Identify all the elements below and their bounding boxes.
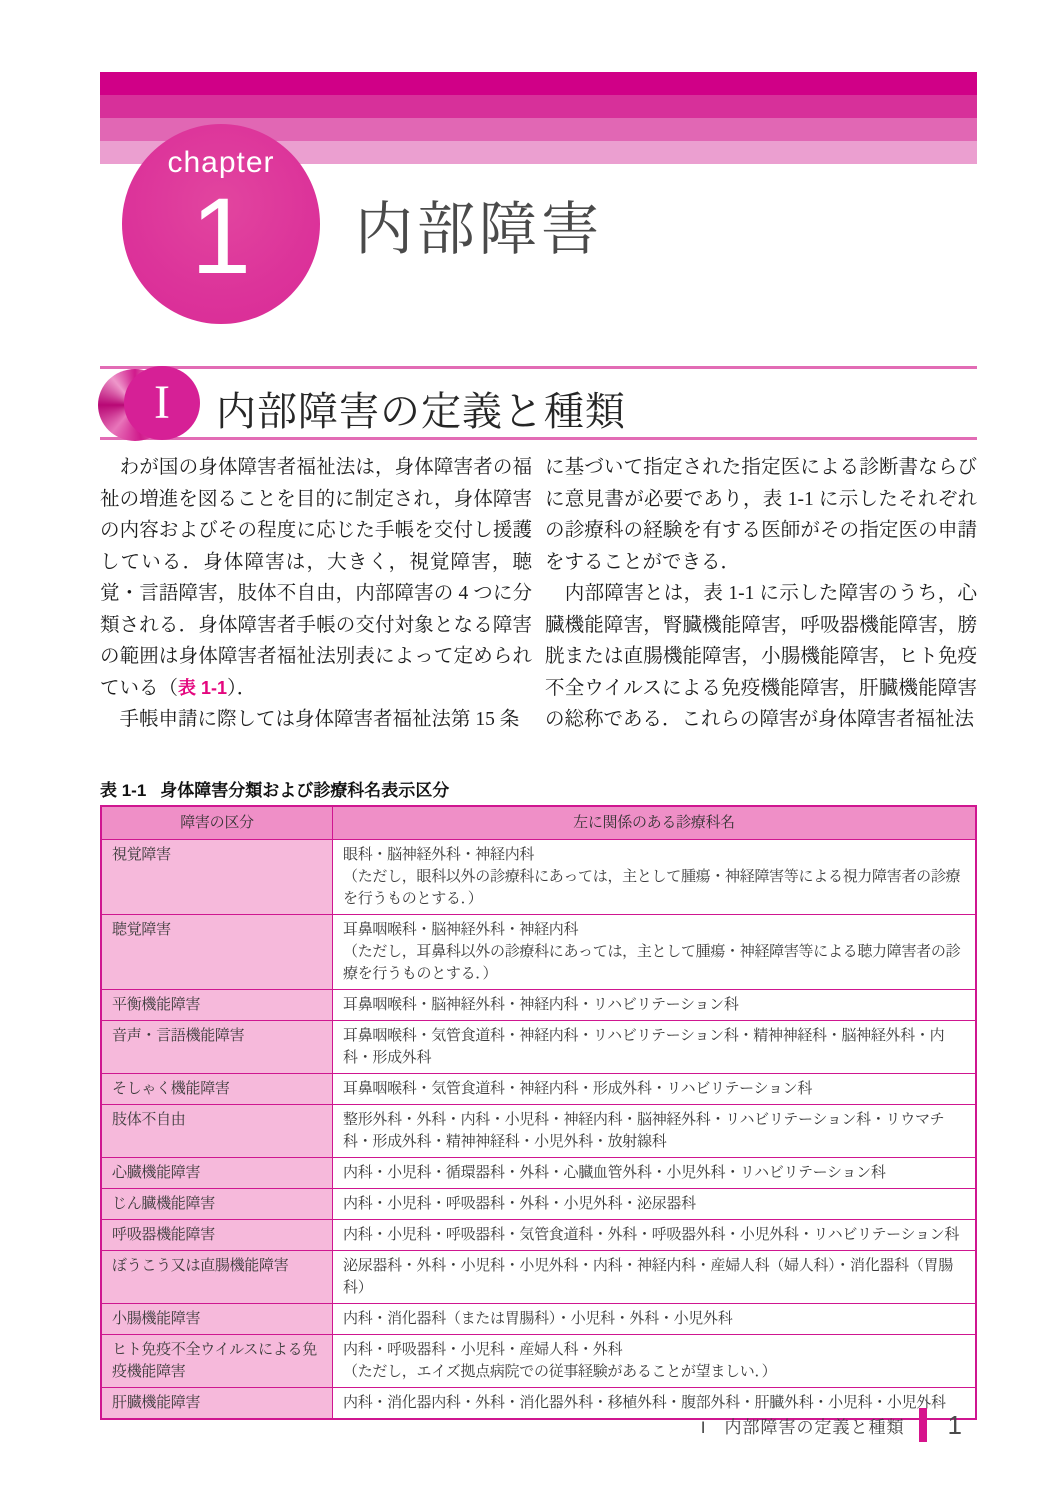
paragraph-3: 内部障害とは，表 1-1 に示した障害のうち，心臓機能障害，腎臓機能障害，呼吸器… [545,578,977,736]
category-cell: そしゃく機能障害 [101,1074,333,1105]
chapter-title: 内部障害 [355,182,603,266]
departments-note: （ただし，眼科以外の診療科にあっては，主として腫瘍・神経障害等による視力障害者の… [343,866,965,910]
departments-text: 耳鼻咽喉科・脳神経外科・神経内科・リハビリテーション科 [343,994,965,1016]
departments-text: 眼科・脳神経外科・神経内科 [343,844,965,866]
paragraph-2-continued: に基づいて指定された指定医による診断書ならびに意見書が必要であり，表 1-1 に… [545,452,977,578]
section-rule-bottom [100,437,977,440]
textbook-page: chapter 1 内部障害 I 内部障害の定義と種類 わが国の身体障害者福祉法… [0,0,1063,1500]
disability-classification-table: 障害の区分 左に関係のある診療科名 視覚障害 眼科・脳神経外科・神経内科（ただし… [100,805,977,1420]
departments-cell: 耳鼻咽喉科・脳神経外科・神経内科（ただし，耳鼻科以外の診療科にあっては，主として… [333,915,977,990]
table-row: 小腸機能障害 内科・消化器科（または胃腸科）・小児科・外科・小児外科 [101,1304,976,1335]
body-text: わが国の身体障害者福祉法は，身体障害者の福祉の増進を図ることを目的に制定され，身… [100,452,977,736]
table-row: 音声・言語機能障害 耳鼻咽喉科・気管食道科・神経内科・リハビリテーション科・精神… [101,1021,976,1074]
footer-accent-bar [919,1408,927,1442]
category-cell: 聴覚障害 [101,915,333,990]
table-row: 平衡機能障害 耳鼻咽喉科・脳神経外科・神経内科・リハビリテーション科 [101,990,976,1021]
section-rule-top [100,366,977,369]
chapter-number: 1 [122,182,320,290]
departments-cell: 整形外科・外科・内科・小児科・神経内科・脳神経外科・リハビリテーション科・リウマ… [333,1105,977,1158]
category-cell: ぼうこう又は直腸機能障害 [101,1251,333,1304]
column-header-category: 障害の区分 [101,806,333,840]
category-cell: 視覚障害 [101,840,333,915]
page-number: 1 [948,1410,962,1441]
table-row: 聴覚障害 耳鼻咽喉科・脳神経外科・神経内科（ただし，耳鼻科以外の診療科にあっては… [101,915,976,990]
departments-cell: 耳鼻咽喉科・脳神経外科・神経内科・リハビリテーション科 [333,990,977,1021]
section-heading: I 内部障害の定義と種類 [100,366,977,440]
paragraph-1-text: わが国の身体障害者福祉法は，身体障害者の福祉の増進を図ることを目的に制定され，身… [100,457,532,699]
table-row: そしゃく機能障害 耳鼻咽喉科・気管食道科・神経内科・形成外科・リハビリテーション… [101,1074,976,1105]
departments-text: 耳鼻咽喉科・脳神経外科・神経内科 [343,919,965,941]
departments-cell: 内科・消化器科（または胃腸科）・小児科・外科・小児外科 [333,1304,977,1335]
departments-text: 耳鼻咽喉科・気管食道科・神経内科・形成外科・リハビリテーション科 [343,1078,965,1100]
table-row: 呼吸器機能障害 内科・小児科・呼吸器科・気管食道科・外科・呼吸器外科・小児外科・… [101,1220,976,1251]
departments-text: 内科・小児科・呼吸器科・気管食道科・外科・呼吸器外科・小児外科・リハビリテーショ… [343,1224,965,1246]
table-1-1-reference: 表 1-1 [178,678,227,698]
departments-note: （ただし，エイズ拠点病院での従事経験があることが望ましい．） [343,1361,965,1383]
footer-section-reference: I 内部障害の定義と種類 [701,1413,905,1438]
table-header-row: 障害の区分 左に関係のある診療科名 [101,806,976,840]
category-cell: じん臓機能障害 [101,1189,333,1220]
table-caption-title: 身体障害分類および診療科名表示区分 [160,781,449,800]
category-cell: 平衡機能障害 [101,990,333,1021]
table-row: 肢体不自由 整形外科・外科・内科・小児科・神経内科・脳神経外科・リハビリテーショ… [101,1105,976,1158]
table-caption: 表 1-1身体障害分類および診療科名表示区分 [100,776,449,801]
departments-text: 内科・呼吸器科・小児科・産婦人科・外科 [343,1339,965,1361]
departments-text: 内科・消化器科（または胃腸科）・小児科・外科・小児外科 [343,1308,965,1330]
departments-note: （ただし，耳鼻科以外の診療科にあっては，主として腫瘍・神経障害等による聴力障害者… [343,941,965,985]
category-cell: 呼吸器機能障害 [101,1220,333,1251]
section-numeral-icon: I [124,366,200,440]
paragraph-2: 手帳申請に際しては身体障害者福祉法第 15 条 [100,704,532,736]
departments-text: 内科・小児科・循環器科・外科・心臓血管外科・小児外科・リハビリテーション科 [343,1162,965,1184]
paragraph-1: わが国の身体障害者福祉法は，身体障害者の福祉の増進を図ることを目的に制定され，身… [100,452,532,704]
category-cell: 心臓機能障害 [101,1158,333,1189]
category-cell: 小腸機能障害 [101,1304,333,1335]
body-column-right: に基づいて指定された指定医による診断書ならびに意見書が必要であり，表 1-1 に… [545,452,977,736]
departments-cell: 眼科・脳神経外科・神経内科（ただし，眼科以外の診療科にあっては，主として腫瘍・神… [333,840,977,915]
table-row: ヒト免疫不全ウイルスによる免疫機能障害 内科・呼吸器科・小児科・産婦人科・外科（… [101,1335,976,1388]
chapter-badge: chapter 1 [122,124,320,324]
departments-cell: 耳鼻咽喉科・気管食道科・神経内科・リハビリテーション科・精神神経科・脳神経外科・… [333,1021,977,1074]
category-cell: 音声・言語機能障害 [101,1021,333,1074]
departments-cell: 内科・小児科・呼吸器科・気管食道科・外科・呼吸器外科・小児外科・リハビリテーショ… [333,1220,977,1251]
departments-cell: 内科・小児科・循環器科・外科・心臓血管外科・小児外科・リハビリテーション科 [333,1158,977,1189]
section-title: 内部障害の定義と種類 [216,380,626,437]
table-row: じん臓機能障害 内科・小児科・呼吸器科・外科・小児外科・泌尿器科 [101,1189,976,1220]
departments-cell: 内科・小児科・呼吸器科・外科・小児外科・泌尿器科 [333,1189,977,1220]
column-header-departments: 左に関係のある診療科名 [333,806,977,840]
departments-text: 整形外科・外科・内科・小児科・神経内科・脳神経外科・リハビリテーション科・リウマ… [343,1109,965,1153]
category-cell: 肢体不自由 [101,1105,333,1158]
stripe-dark [100,72,977,95]
stripe-mid [100,95,977,118]
category-cell: ヒト免疫不全ウイルスによる免疫機能障害 [101,1335,333,1388]
category-cell: 肝臓機能障害 [101,1388,333,1420]
departments-cell: 泌尿器科・外科・小児科・小児外科・内科・神経内科・産婦人科（婦人科）・消化器科（… [333,1251,977,1304]
table-row: 心臓機能障害 内科・小児科・循環器科・外科・心臓血管外科・小児外科・リハビリテー… [101,1158,976,1189]
table-row: ぼうこう又は直腸機能障害 泌尿器科・外科・小児科・小児外科・内科・神経内科・産婦… [101,1251,976,1304]
body-column-left: わが国の身体障害者福祉法は，身体障害者の福祉の増進を図ることを目的に制定され，身… [100,452,532,736]
departments-cell: 耳鼻咽喉科・気管食道科・神経内科・形成外科・リハビリテーション科 [333,1074,977,1105]
paragraph-1-end: ）． [227,678,256,699]
departments-text: 耳鼻咽喉科・気管食道科・神経内科・リハビリテーション科・精神神経科・脳神経外科・… [343,1025,965,1069]
page-footer: I 内部障害の定義と種類 1 [701,1408,962,1442]
departments-text: 内科・小児科・呼吸器科・外科・小児外科・泌尿器科 [343,1193,965,1215]
table-caption-label: 表 1-1 [100,781,146,800]
departments-text: 泌尿器科・外科・小児科・小児外科・内科・神経内科・産婦人科（婦人科）・消化器科（… [343,1255,965,1299]
table-row: 視覚障害 眼科・脳神経外科・神経内科（ただし，眼科以外の診療科にあっては，主とし… [101,840,976,915]
departments-cell: 内科・呼吸器科・小児科・産婦人科・外科（ただし，エイズ拠点病院での従事経験がある… [333,1335,977,1388]
